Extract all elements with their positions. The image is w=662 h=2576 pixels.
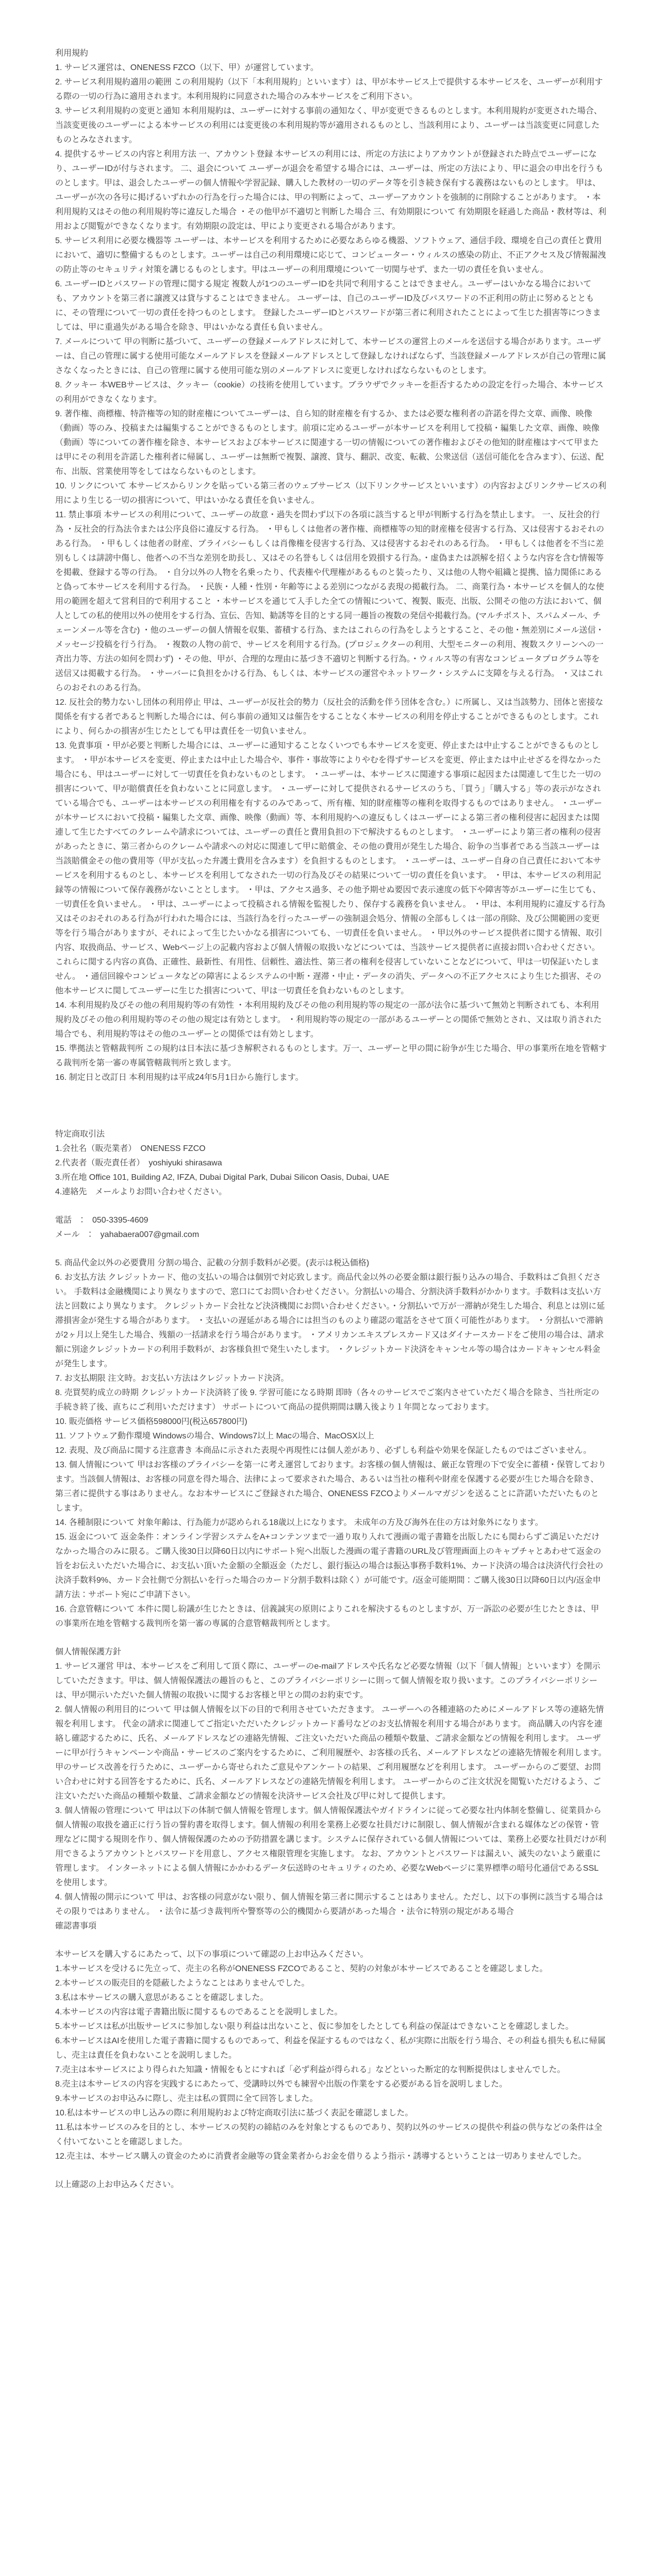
tokushoho-item: 14. 各種制限について 対象年齢は、行為能力が認められる18歳以上になります。…	[55, 1516, 607, 1530]
privacy-paragraph: 4. 個人情報の開示について 甲は、お客様の同意がない限り、個人情報を第三者に開…	[55, 1890, 607, 1919]
confirmation-block: 本サービスを購入するにあたって、以下の事項について確認の上お申込みください。 1…	[55, 1947, 607, 2164]
page-title: 利用規約	[55, 46, 607, 61]
contact-line: メール ： yahabaera007@gmail.com	[55, 1228, 607, 1242]
confirmation-item: 2.本サービスの販売目的を隠蔽したようなことはありませんでした。	[55, 1976, 607, 1991]
tokushoho-company-info: 1.会社名（販売業者） ONENESS FZCO2.代表者（販売責任者） yos…	[55, 1142, 607, 1199]
tokushoho-item: 6. お支払方法 クレジットカード、他の支払いの場合は個別で対応致します。商品代…	[55, 1270, 607, 1371]
tokushoho-item: 13. 個人情報について 甲はお客様のプライバシーを第一に考え運営しております。…	[55, 1458, 607, 1516]
tokushoho-item: 7. お支払期限 注文時。お支払い方法はクレジットカード決済。	[55, 1371, 607, 1386]
terms-paragraph: 3. サービス利用規約の変更と通知 本利用規約は、ユーザーに対する事前の通知なく…	[55, 104, 607, 147]
terms-paragraph: 13. 免責事項 ・甲が必要と判断した場合には、ユーザーに通知することなくいつで…	[55, 739, 607, 998]
terms-paragraph: 5. サービス利用に必要な機器等 ユーザーは、本サービスを利用するために必要なあ…	[55, 234, 607, 277]
confirmation-item: 1.本サービスを受けるに先立って、売主の名称がONENESS FZCOであること…	[55, 1962, 607, 1976]
terms-paragraph: 7. メールについて 甲の判断に基づいて、ユーザーの登録メールアドレスに対して、…	[55, 335, 607, 378]
tokushoho-item: 10. 販売価格 サービス価格598000円(税込657800円)	[55, 1415, 607, 1429]
privacy-policy-title: 個人情報保護方針	[55, 1645, 607, 1659]
contact-line: 電話 ： 050-3395-4609	[55, 1213, 607, 1228]
tokushoho-item: 8. 売買契約成立の時期 クレジットカード決済終了後 9. 学習可能になる時期 …	[55, 1386, 607, 1415]
confirmation-item: 5.本サービスは私が出版サービスに参加しない限り利益は出ないこと、仮に参加をした…	[55, 2020, 607, 2034]
privacy-policy-section: 1. サービス運営 甲は、本サービスをご利用して頂く際に、ユーザーのe-mail…	[55, 1659, 607, 1919]
terms-section: 1. サービス運営は、ONENESS FZCO（以下、甲）が運営しています。2.…	[55, 61, 607, 1085]
tokushoho-info-line: 2.代表者（販売責任者） yoshiyuki shirasawa	[55, 1156, 607, 1171]
confirmation-item: 3.私は本サービスの購入意思があることを確認しました。	[55, 1991, 607, 2005]
contact-block: 電話 ： 050-3395-4609メール ： yahabaera007@gma…	[55, 1213, 607, 1242]
confirmation-item: 4.本サービスの内容は電子書籍出版に関するものであることを説明しました。	[55, 2005, 607, 2020]
closing-note: 以上確認の上お申込みください。	[55, 2178, 607, 2192]
confirmation-item: 6.本サービスはAIを使用した電子書籍に関するものであって、利益を保証するもので…	[55, 2034, 607, 2063]
tokushoho-item: 11. ソフトウェア動作環境 Windowsの場合、Windows7以上 Mac…	[55, 1429, 607, 1444]
confirmation-item: 8.売主は本サービスの内容を実践するにあたって、受講時以外でも練習や出版の作業を…	[55, 2077, 607, 2092]
terms-paragraph: 9. 著作権、商標権、特許権等の知的財産権についてユーザーは、自ら知的財産権を有…	[55, 407, 607, 479]
confirmation-item: 10.私は本サービスの申し込みの際に利用規約および特定商取引法に基づく表記を確認…	[55, 2106, 607, 2121]
privacy-paragraph: 3. 個人情報の管理について 甲は以下の体制で個人情報を管理します。個人情報保護…	[55, 1804, 607, 1890]
privacy-paragraph: 1. サービス運営 甲は、本サービスをご利用して頂く際に、ユーザーのe-mail…	[55, 1659, 607, 1703]
confirmation-title: 確認書事項	[55, 1919, 607, 1934]
tokushoho-item: 16. 合意管轄について 本件に関し紛議が生じたときは、信義誠実の原則によりこれ…	[55, 1602, 607, 1631]
confirmation-item: 11.私は本サービスのみを目的とし、本サービスの契約の締結のみを対象とするもので…	[55, 2121, 607, 2149]
confirmation-item: 9.本サービスのお申込みに際し、売主は私の質問に全て回答しました。	[55, 2092, 607, 2106]
tokushoho-info-line: 3.所在地 Office 101, Building A2, IFZA, Dub…	[55, 1171, 607, 1185]
tokushoho-item: 5. 商品代金以外の必要費用 分割の場合、記載の分割手数料が必要。(表示は税込価…	[55, 1256, 607, 1270]
confirmation-item: 7.売主は本サービスにより得られた知識・情報をもとにすれば「必ず利益が得られる」…	[55, 2063, 607, 2077]
terms-document: 利用規約 1. サービス運営は、ONENESS FZCO（以下、甲）が運営してい…	[55, 0, 607, 2233]
terms-paragraph: 4. 提供するサービスの内容と利用方法 一、アカウント登録 本サービスの利用には…	[55, 147, 607, 234]
tokushoho-title: 特定商取引法	[55, 1127, 607, 1142]
tokushoho-items-block: 5. 商品代金以外の必要費用 分割の場合、記載の分割手数料が必要。(表示は税込価…	[55, 1256, 607, 1631]
terms-paragraph: 2. サービス利用規約適用の範囲 この利用規約（以下「本利用規約」といいます）は…	[55, 75, 607, 104]
terms-paragraph: 6. ユーザーIDとパスワードの管理に関する規定 複数人が1つのユーザーIDを共…	[55, 277, 607, 335]
confirmation-item: 12.売主は、本サービス購入の資金のために消費者金融等の貸金業者からお金を借りる…	[55, 2149, 607, 2164]
privacy-paragraph: 2. 個人情報の利用目的について 甲は個人情報を以下の目的で利用させていただきま…	[55, 1703, 607, 1804]
terms-paragraph: 11. 禁止事項 本サービスの利用について、ユーザーの故意・過失を問わず以下の各…	[55, 508, 607, 696]
terms-paragraph: 1. サービス運営は、ONENESS FZCO（以下、甲）が運営しています。	[55, 61, 607, 75]
tokushoho-info-line: 4.連絡先 メールよりお問い合わせください。	[55, 1185, 607, 1199]
confirmation-items: 1.本サービスを受けるに先立って、売主の名称がONENESS FZCOであること…	[55, 1962, 607, 2164]
terms-paragraph: 14. 本利用規約及びその他の利用規約等の有効性 ・本利用規約及びその他の利用規…	[55, 998, 607, 1042]
tokushoho-header-block: 特定商取引法 1.会社名（販売業者） ONENESS FZCO2.代表者（販売責…	[55, 1127, 607, 1199]
terms-paragraph: 10. リンクについて 本サービスからリンクを貼っている第三者のウェブサービス（…	[55, 479, 607, 508]
terms-paragraph: 8. クッキー 本WEBサービスは、クッキー（cookie）の技術を使用していま…	[55, 378, 607, 407]
tokushoho-item: 15. 返金について 返金条件：オンライン学習システムをA+コンテンツまで一通り…	[55, 1530, 607, 1602]
terms-paragraph: 12. 反社会的勢力ないし団体の利用停止 甲は、ユーザーが反社会的勢力（反社会的…	[55, 696, 607, 739]
tokushoho-item: 12. 表現、及び商品に関する注意書き 本商品に示された表現や再現性には個人差が…	[55, 1444, 607, 1458]
confirmation-intro: 本サービスを購入するにあたって、以下の事項について確認の上お申込みください。	[55, 1947, 607, 1962]
terms-paragraph: 15. 準拠法と管轄裁判所 この規約は日本法に基づき解釈されるものとします。万一…	[55, 1042, 607, 1071]
tokushoho-info-line: 1.会社名（販売業者） ONENESS FZCO	[55, 1142, 607, 1156]
terms-paragraph: 16. 制定日と改訂日 本利用規約は平成24年5月1日から施行します。	[55, 1071, 607, 1085]
